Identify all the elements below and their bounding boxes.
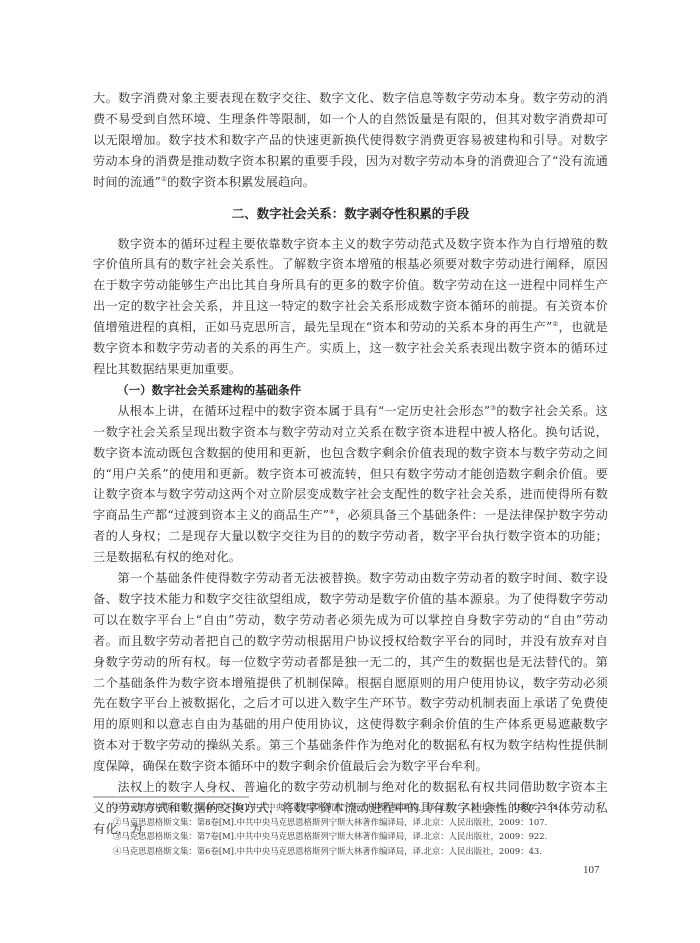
- footnote-2: ②马克思恩格斯文集：第8卷[M].中共中央马克思恩格斯列宁斯大林著作编译局，译.…: [113, 815, 613, 830]
- page-number: 107: [583, 864, 600, 876]
- page-body: 大。数字消费对象主要表现在数字交往、数字文化、数字信息等数字劳动本身。数字劳动的…: [93, 88, 608, 840]
- paragraph-text: 从根本上讲，在循环过程中的数字资本属于具有“一定历史社会形态”: [117, 404, 490, 418]
- footnotes: ①马克思恩格斯全集：第46卷下[M].中共中央马克思恩格斯列宁斯大林著作编译局，…: [113, 800, 613, 858]
- paragraph-text: 的数字资本积累发展趋向。: [167, 175, 315, 189]
- paragraph-1: 大。数字消费对象主要表现在数字交往、数字文化、数字信息等数字劳动本身。数字劳动的…: [93, 88, 608, 193]
- footnote-3: ③马克思恩格斯文集：第7卷[M].中共中央马克思恩格斯列宁斯大林著作编译局，译.…: [113, 829, 613, 844]
- section-title: 二、数字社会关系：数字剥夺性积累的手段: [93, 204, 608, 224]
- paragraph-text: 数字资本的循环过程主要依靠数字资本主义的数字劳动范式及数字资本作为自行增殖的数字…: [93, 237, 608, 335]
- paragraph-text: 的数字社会关系。这一数字社会关系呈现出数字资本与数字劳动对立关系在数字资本进程中…: [93, 404, 608, 523]
- paragraph-3: 从根本上讲，在循环过程中的数字资本属于具有“一定历史社会形态”③的数字社会关系。…: [93, 401, 608, 568]
- footnote-divider: [93, 796, 249, 798]
- footnote-1: ①马克思恩格斯全集：第46卷下[M].中共中央马克思恩格斯列宁斯大林著作编译局，…: [113, 800, 613, 815]
- paragraph-4: 第一个基础条件使得数字劳动者无法被替换。数字劳动由数字劳动者的数字时间、数字设备…: [93, 568, 608, 777]
- paragraph-2: 数字资本的循环过程主要依靠数字资本主义的数字劳动范式及数字资本作为自行增殖的数字…: [93, 234, 608, 380]
- footnote-4: ④马克思恩格斯文集：第6卷[M].中共中央马克思恩格斯列宁斯大林著作编译局，译.…: [113, 844, 613, 859]
- subsection-title: （一）数字社会关系建构的基础条件: [93, 380, 608, 401]
